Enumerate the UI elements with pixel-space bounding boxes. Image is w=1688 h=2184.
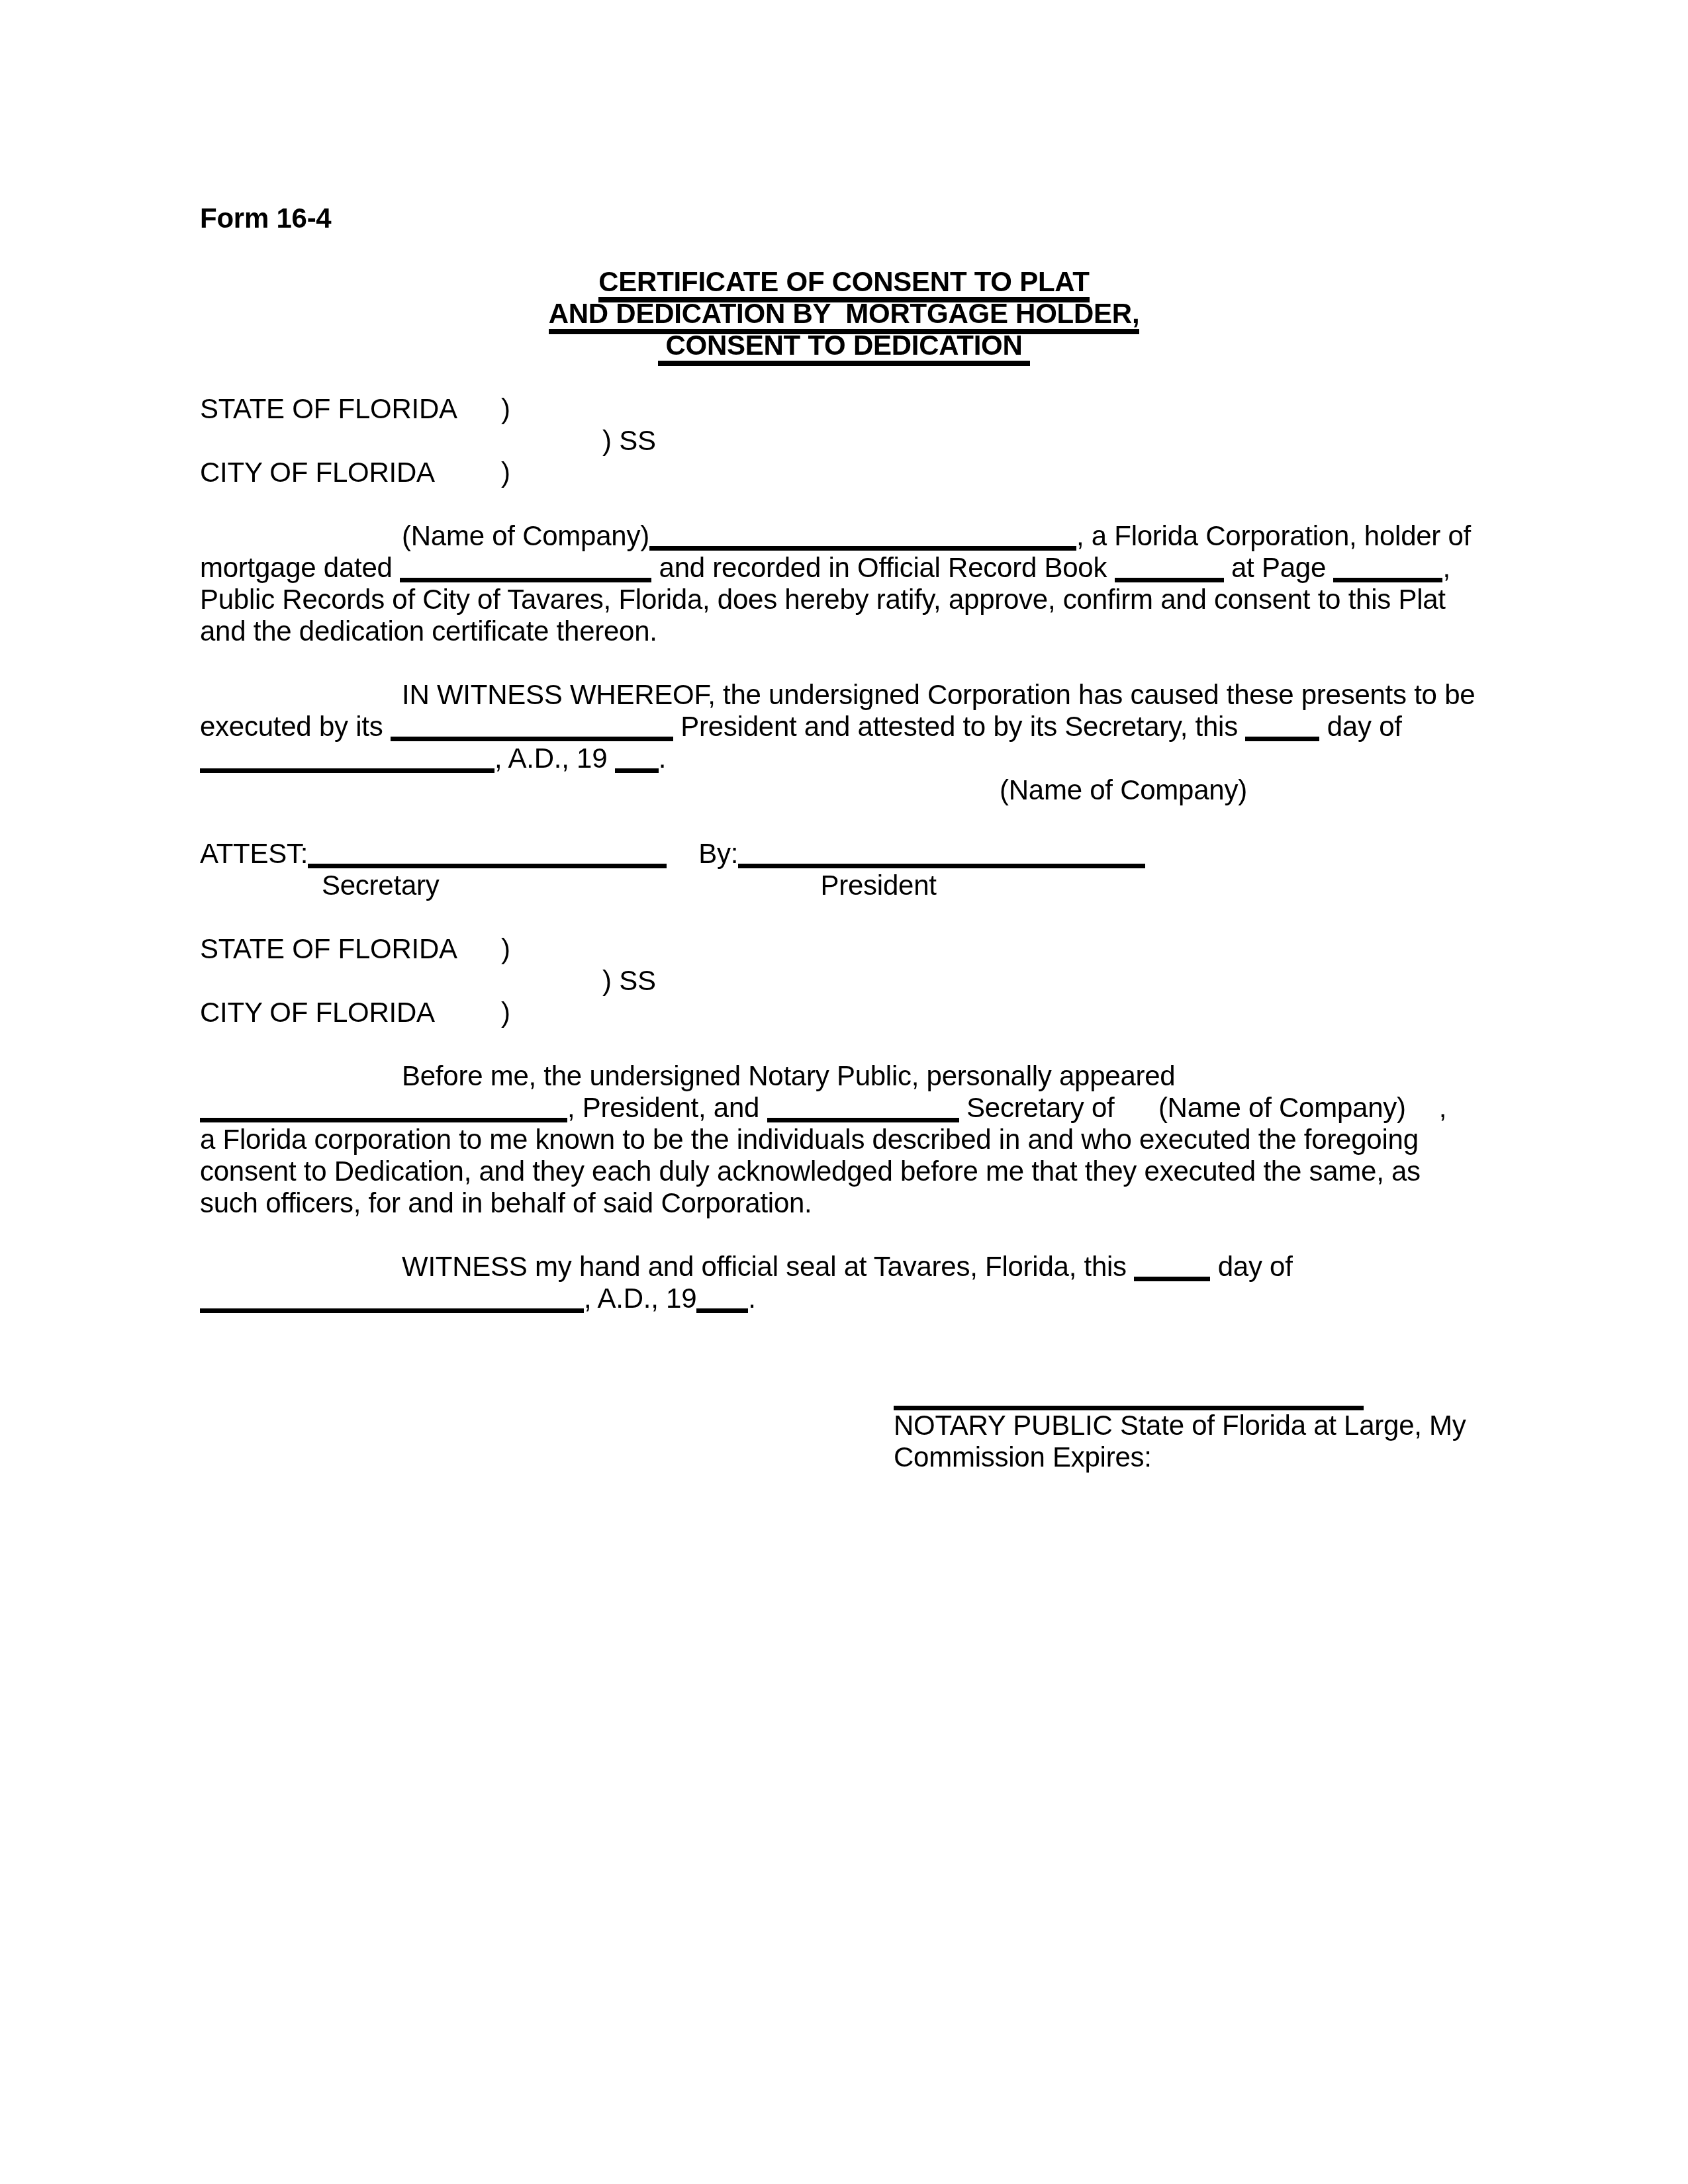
text-segment: Public Records of City of Tavares, Flori… (200, 584, 1446, 615)
document-content: Form 16-4CERTIFICATE OF CONSENT TO PLATA… (0, 0, 1688, 1473)
blank-fill-in-line (1134, 1277, 1210, 1281)
text-segment: STATE OF FLORIDA (200, 393, 457, 424)
secretary-president-labels: SecretaryPresident (200, 870, 1488, 901)
text-segment: By: (698, 838, 738, 869)
text-segment: , (1439, 1092, 1446, 1123)
notary-line-1: NOTARY PUBLIC State of Florida at Large,… (200, 1410, 1488, 1441)
para3-line4: consent to Dedication, and they each dul… (200, 1156, 1488, 1187)
city-of-florida-1: CITY OF FLORIDA) (200, 457, 1488, 488)
ss-marker-1: ) SS (200, 425, 1488, 457)
blank-line (200, 361, 1488, 393)
spacer (1122, 1116, 1158, 1117)
blank-line (200, 647, 1488, 679)
spacer (439, 894, 820, 895)
spacer (667, 862, 698, 863)
blank-fill-in-line (200, 1118, 567, 1122)
text-segment: Form 16-4 (200, 203, 331, 234)
text-segment: ) SS (602, 965, 656, 997)
text-segment: , A.D., 19 (494, 743, 615, 774)
spacer (200, 894, 322, 895)
para1-line4: and the dedication certificate thereon. (200, 615, 1488, 647)
para3-line5: such officers, for and in behalf of said… (200, 1187, 1488, 1219)
text-segment: IN WITNESS WHEREOF, the undersigned Corp… (402, 679, 1475, 710)
document-page: Form 16-4CERTIFICATE OF CONSENT TO PLATA… (0, 0, 1688, 2184)
para1-line2: mortgage dated and recorded in Official … (200, 552, 1488, 584)
title-line-1: CERTIFICATE OF CONSENT TO PLAT (200, 266, 1488, 298)
name-of-company-label: (Name of Company) (200, 774, 1488, 806)
text-segment: (Name of Company) (402, 520, 649, 551)
para2-line3: , A.D., 19 . (200, 743, 1488, 774)
para1-line3: Public Records of City of Tavares, Flori… (200, 584, 1488, 615)
text-segment: consent to Dedication, and they each dul… (200, 1156, 1421, 1187)
text-segment: President (820, 870, 936, 901)
text-segment: Before me, the undersigned Notary Public… (402, 1060, 1175, 1091)
text-segment: Secretary (322, 870, 439, 901)
text-segment: day of (1319, 711, 1401, 742)
text-segment: ) (501, 393, 510, 425)
text-segment: (Name of Company) (1158, 1092, 1406, 1123)
text-segment: at Page (1224, 552, 1334, 583)
blank-fill-in-line (696, 1308, 748, 1313)
text-segment: NOTARY PUBLIC State of Florida at Large,… (894, 1410, 1466, 1441)
text-segment: President and attested to by its Secreta… (673, 711, 1246, 742)
blank-fill-in-line (391, 737, 673, 741)
text-segment: a Florida corporation to me known to be … (200, 1124, 1419, 1155)
spacer (1406, 1116, 1439, 1117)
text-segment: day of (1210, 1251, 1292, 1282)
text-segment: . (659, 743, 666, 774)
para3-line3: a Florida corporation to me known to be … (200, 1124, 1488, 1156)
text-segment: ) SS (602, 425, 656, 457)
text-segment: mortgage dated (200, 552, 400, 583)
blank-fill-in-line (200, 768, 494, 773)
text-segment: ) (501, 457, 510, 488)
para2-line2: executed by its President and attested t… (200, 711, 1488, 743)
blank-fill-in-line (200, 1308, 584, 1313)
blank-line (200, 488, 1488, 520)
blank-line (200, 806, 1488, 838)
attest-by-line: ATTEST:By: (200, 838, 1488, 870)
blank-line (200, 1219, 1488, 1251)
para1-line1: (Name of Company), a Florida Corporation… (200, 520, 1488, 552)
blank-fill-in-line (308, 864, 667, 868)
blank-fill-in-line (1245, 737, 1319, 741)
notary-line-2: Commission Expires: (200, 1441, 1488, 1473)
blank-fill-in-line (400, 578, 651, 582)
text-segment: Commission Expires: (894, 1441, 1152, 1473)
para2-line1: IN WITNESS WHEREOF, the undersigned Corp… (200, 679, 1488, 711)
text-segment: ATTEST: (200, 838, 308, 869)
blank-fill-in-line (1333, 578, 1442, 582)
underlined-heading-text: CERTIFICATE OF CONSENT TO PLAT (598, 266, 1090, 302)
para3-line1: Before me, the undersigned Notary Public… (200, 1060, 1488, 1092)
text-segment: CITY OF FLORIDA (200, 457, 435, 488)
title-line-2: AND DEDICATION BY MORTGAGE HOLDER, (200, 298, 1488, 330)
text-segment: and the dedication certificate thereon. (200, 615, 657, 647)
blank-fill-in-line (649, 546, 1076, 551)
text-segment: STATE OF FLORIDA (200, 933, 457, 964)
blank-line (200, 1028, 1488, 1060)
text-segment: and recorded in Official Record Book (651, 552, 1114, 583)
city-of-florida-2: CITY OF FLORIDA) (200, 997, 1488, 1028)
notary-signature-line (200, 1378, 1488, 1410)
text-segment: . (748, 1283, 755, 1314)
text-segment: , a Florida Corporation, holder of (1076, 520, 1471, 551)
text-segment: WITNESS my hand and official seal at Tav… (402, 1251, 1134, 1282)
blank-fill-in-line (1115, 578, 1224, 582)
para3-line2: , President, and Secretary of (Name of C… (200, 1092, 1488, 1124)
blank-line (200, 1346, 1488, 1378)
text-segment: (Name of Company) (1000, 774, 1247, 806)
text-segment: , A.D., 19 (584, 1283, 696, 1314)
text-segment: executed by its (200, 711, 391, 742)
blank-fill-in-line (767, 1118, 959, 1122)
blank-line (200, 234, 1488, 266)
text-segment: ) (501, 933, 510, 965)
form-number: Form 16-4 (200, 203, 1488, 234)
ss-marker-2: ) SS (200, 965, 1488, 997)
text-segment: ) (501, 997, 510, 1028)
text-segment: , President, and (567, 1092, 767, 1123)
state-of-florida-1: STATE OF FLORIDA) (200, 393, 1488, 425)
text-segment: such officers, for and in behalf of said… (200, 1187, 812, 1218)
text-segment: , (1442, 552, 1450, 583)
blank-fill-in-line (615, 768, 659, 773)
blank-fill-in-line (738, 864, 1145, 868)
text-segment: CITY OF FLORIDA (200, 997, 435, 1028)
text-segment: Secretary of (959, 1092, 1122, 1123)
underlined-heading-text: CONSENT TO DEDICATION (658, 330, 1030, 366)
para4-line2: , A.D., 19. (200, 1283, 1488, 1314)
title-line-3: CONSENT TO DEDICATION (200, 330, 1488, 361)
para4-line1: WITNESS my hand and official seal at Tav… (200, 1251, 1488, 1283)
blank-line (200, 1314, 1488, 1346)
state-of-florida-2: STATE OF FLORIDA) (200, 933, 1488, 965)
underlined-heading-text: AND DEDICATION BY MORTGAGE HOLDER, (549, 298, 1140, 334)
blank-line (200, 901, 1488, 933)
